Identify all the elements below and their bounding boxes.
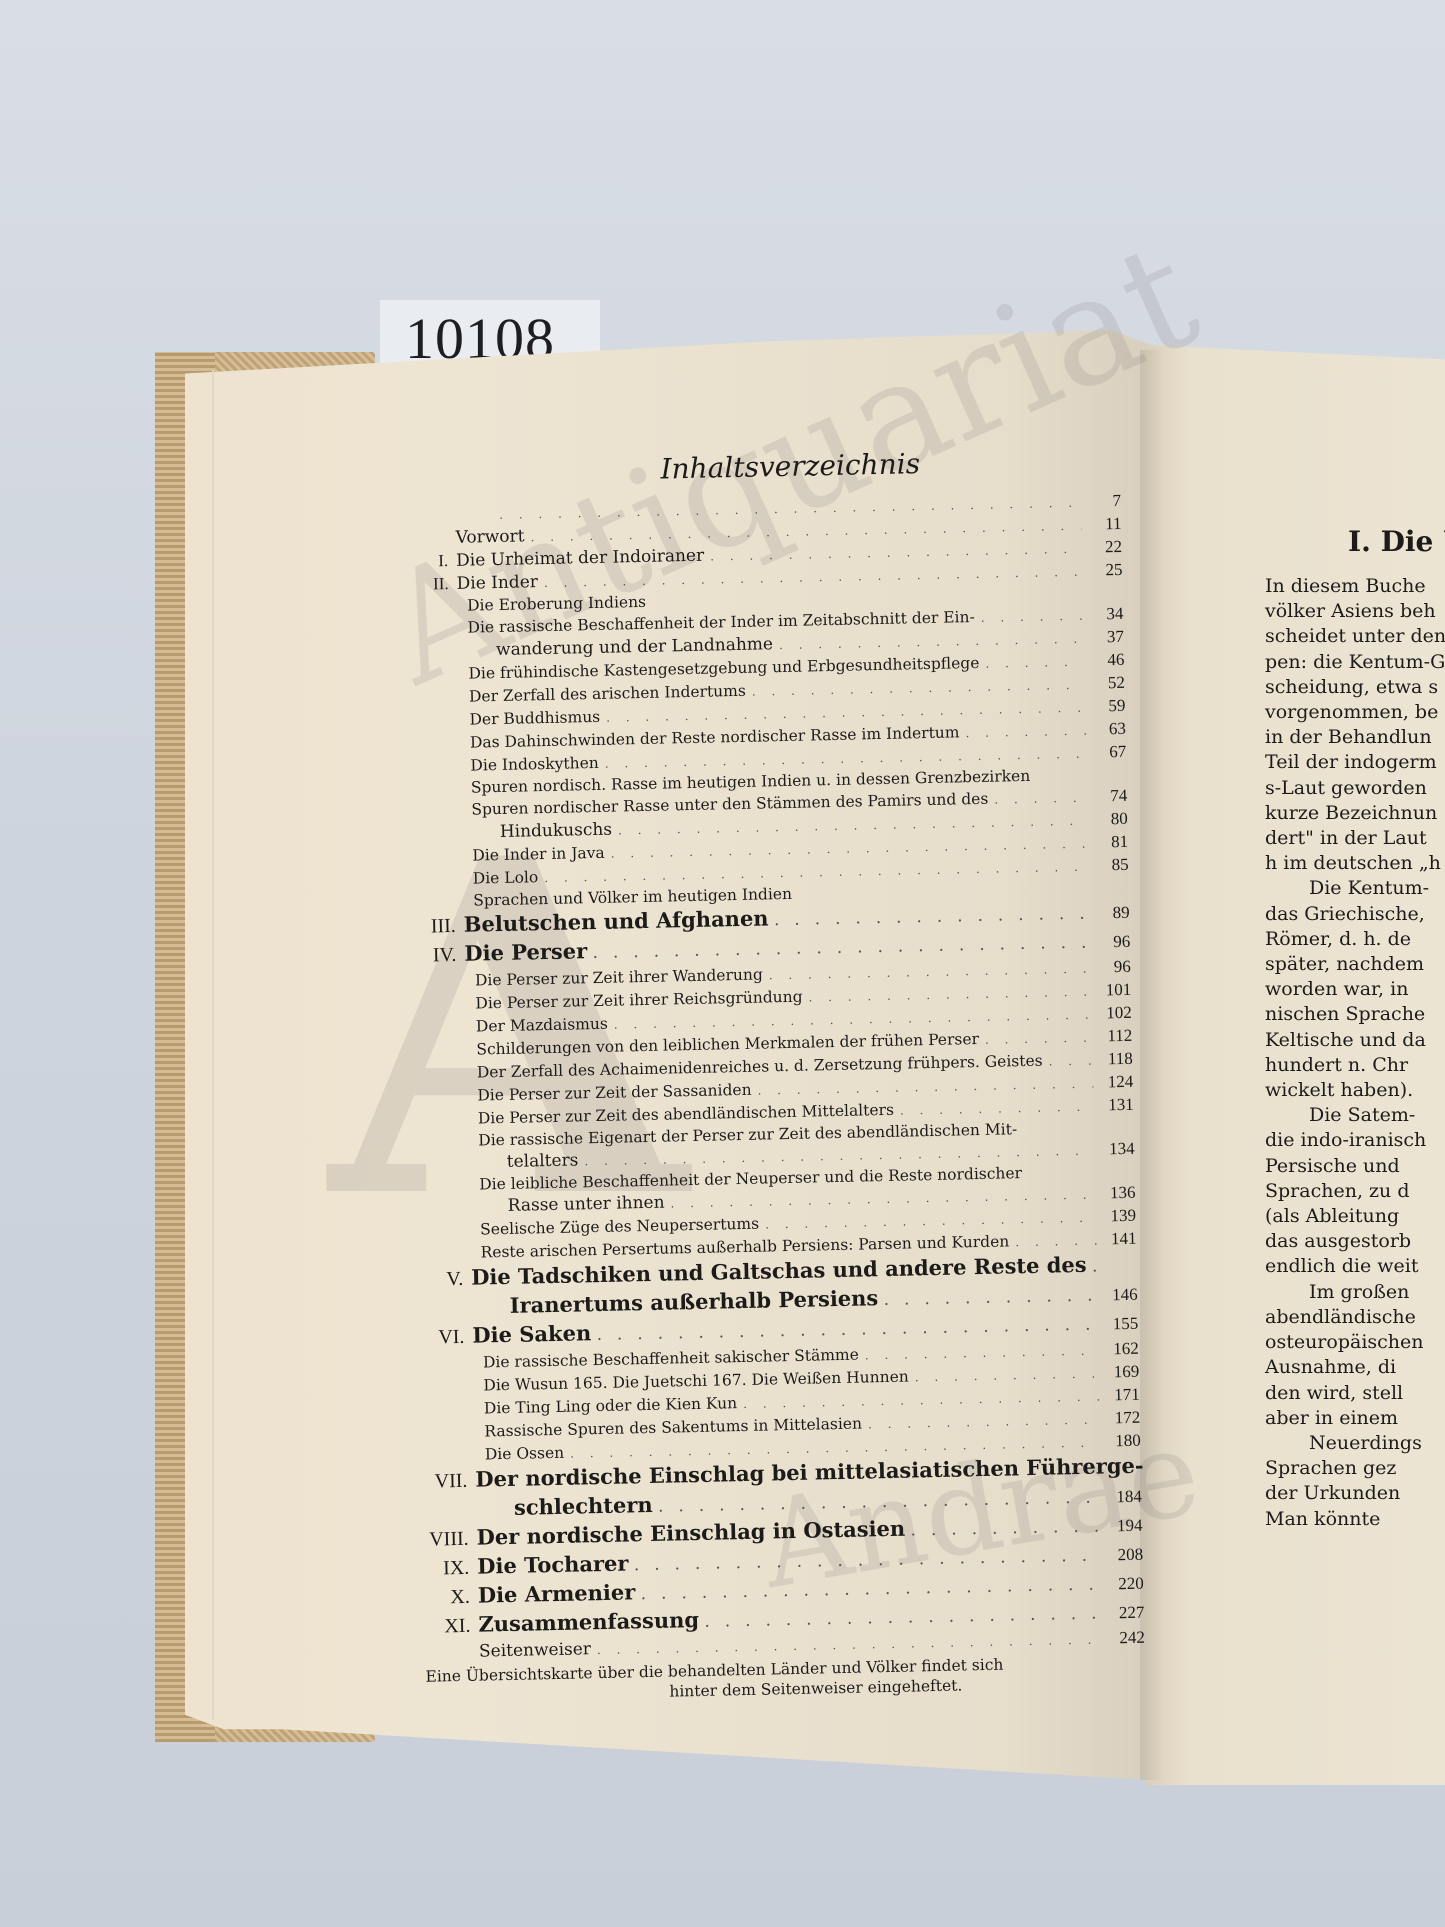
body-text-line: Teil der indogerm — [1265, 750, 1445, 775]
toc-entry-number — [404, 656, 458, 657]
toc-entry-title: telalters — [469, 1150, 579, 1173]
toc-entry-page: 194 — [1108, 1513, 1143, 1540]
toc-entry-number — [413, 1078, 467, 1079]
toc-entry-number — [406, 748, 460, 749]
toc-leader-dots — [981, 606, 1084, 629]
body-text-line: die indo-iranisch — [1265, 1128, 1445, 1153]
body-text-line: Man könnte — [1265, 1507, 1445, 1532]
body-text-line: das ausgestorb — [1265, 1229, 1445, 1254]
body-text-line: scheidet unter den — [1265, 624, 1445, 649]
toc-entry-page: 80 — [1093, 808, 1127, 830]
toc-entry-number: VII. — [421, 1468, 476, 1495]
toc-entry-number — [415, 1168, 469, 1169]
toc-leader-dots — [965, 721, 1086, 745]
toc-entry-title: Der Mazdaismus — [466, 1014, 608, 1038]
book-gutter-shadow — [1140, 350, 1164, 1780]
toc-entry-number — [414, 1146, 468, 1147]
toc-entry-number — [408, 838, 462, 839]
toc-entry-title: Zusammenfassung — [478, 1607, 699, 1638]
toc-entry-number — [425, 1657, 479, 1658]
toc-entry-title: Die Perser — [464, 938, 587, 967]
toc-entry-page — [1093, 779, 1127, 780]
body-text-line: pen: die Kentum-G — [1265, 650, 1445, 675]
toc-entry-number — [407, 771, 461, 772]
toc-entry-page — [1095, 892, 1129, 893]
toc-entry-page: 46 — [1090, 649, 1124, 671]
table-of-contents: Inhaltsverzeichnis 7Vorwort11I.Die Urhei… — [400, 443, 1146, 1707]
toc-entry-number — [419, 1368, 473, 1369]
toc-entry-page: 169 — [1105, 1361, 1139, 1383]
toc-entry-title: Die Ossen — [475, 1443, 565, 1466]
body-text-line: der Urkunden — [1265, 1481, 1445, 1506]
chapter-heading: I. Die U — [1348, 525, 1445, 558]
toc-entry-page: 139 — [1102, 1205, 1136, 1227]
toc-entry-number: IV. — [410, 942, 465, 969]
toc-entry-page: 74 — [1093, 785, 1127, 807]
toc-entry-number — [407, 815, 461, 816]
toc-entry-page: 220 — [1109, 1571, 1144, 1598]
body-text-line: (als Ableitung — [1265, 1204, 1445, 1229]
toc-entry-number — [407, 793, 461, 794]
toc-leader-dots — [994, 788, 1087, 811]
body-text-line: Ausnahme, di — [1265, 1355, 1445, 1380]
body-text-line: aber in einem — [1265, 1406, 1445, 1431]
toc-entries: 7Vorwort11I.Die Urheimat der Indoiraner2… — [401, 490, 1145, 1665]
toc-entry-page: 101 — [1097, 979, 1131, 1001]
toc-entry-page: 11 — [1087, 513, 1121, 535]
body-text-line: kurze Bezeichnun — [1265, 801, 1445, 826]
toc-entry-number — [401, 520, 455, 521]
toc-entry-number: XI. — [424, 1613, 479, 1640]
toc-entry-page: 227 — [1110, 1600, 1145, 1627]
toc-entry-number: VI. — [418, 1324, 473, 1351]
toc-leader-dots — [911, 1515, 1103, 1545]
page-edge — [212, 370, 294, 1720]
toc-entry-title: Die Inder — [456, 572, 538, 595]
toc-entry-page — [1100, 1132, 1134, 1133]
toc-entry-number: III. — [410, 913, 465, 940]
toc-entry-number — [421, 1460, 475, 1461]
toc-leader-dots — [1028, 1177, 1095, 1178]
toc-entry-page: 102 — [1098, 1002, 1132, 1024]
toc-entry-number: VIII. — [422, 1526, 477, 1553]
body-text-line: später, nachdem — [1265, 952, 1445, 977]
toc-entry-number — [405, 679, 459, 680]
toc-entry-title: Seitenweiser — [479, 1639, 591, 1662]
body-text-line: Sprachen gez — [1265, 1456, 1445, 1481]
toc-entry-page — [1101, 1176, 1135, 1177]
toc-entry-page: 118 — [1099, 1048, 1133, 1070]
toc-entry-title: Vorwort — [455, 526, 524, 548]
toc-entry-page — [1089, 597, 1123, 598]
toc-entry-page: 171 — [1106, 1384, 1140, 1406]
toc-leader-dots — [1015, 1231, 1097, 1254]
toc-entry-number: II. — [402, 573, 456, 595]
toc-entry-number — [416, 1235, 470, 1236]
toc-entry-number: I. — [402, 550, 456, 572]
toc-entry-number — [408, 861, 462, 862]
toc-entry-title: Die Indoskythen — [460, 753, 599, 777]
toc-entry-page — [1103, 1271, 1137, 1272]
body-text-line: worden war, in — [1265, 977, 1445, 1002]
toc-leader-dots — [798, 893, 1089, 899]
toc-entry-number — [404, 633, 458, 634]
toc-entry-title: Die Armenier — [478, 1579, 636, 1608]
toc-leader-dots — [1092, 1255, 1097, 1281]
toc-entry-page: 136 — [1101, 1182, 1135, 1204]
toc-entry-page: 134 — [1100, 1138, 1134, 1160]
body-text-line: scheidung, etwa s — [1265, 675, 1445, 700]
toc-entry-number — [409, 884, 463, 885]
toc-leader-dots — [985, 652, 1084, 675]
toc-entry-number — [420, 1391, 474, 1392]
toc-entry-page: 63 — [1092, 718, 1126, 740]
toc-entry-title: Die Tocharer — [477, 1550, 629, 1579]
toc-entry-page: 7 — [1087, 490, 1121, 512]
body-text-line: das Griechische, — [1265, 902, 1445, 927]
body-text-line: h im deutschen „h — [1265, 851, 1445, 876]
body-text-line: Persische und — [1265, 1154, 1445, 1179]
toc-entry-title — [455, 519, 493, 520]
toc-entry-page: 67 — [1092, 741, 1126, 763]
toc-entry-page: 81 — [1094, 831, 1128, 853]
toc-entry-page: 37 — [1090, 626, 1124, 648]
toc-entry-page: 162 — [1105, 1338, 1139, 1360]
toc-entry-page: 112 — [1098, 1025, 1132, 1047]
body-text-line: dert" in der Laut — [1265, 826, 1445, 851]
toc-entry-title: Die Saken — [472, 1320, 591, 1348]
body-text-line: in der Behandlun — [1265, 725, 1445, 750]
body-text-line: osteuropäischen — [1265, 1330, 1445, 1355]
toc-entry-number — [416, 1212, 470, 1213]
toc-entry-page: 85 — [1094, 854, 1128, 876]
toc-entry-number — [403, 611, 457, 612]
toc-entry-number — [421, 1437, 475, 1438]
body-text-line: In diesem Buche — [1265, 574, 1445, 599]
body-text-line: völker Asiens beh — [1265, 599, 1445, 624]
toc-entry-page: 25 — [1088, 559, 1122, 581]
toc-leader-dots — [1023, 1133, 1094, 1134]
toc-entry-page: 89 — [1095, 900, 1130, 927]
body-text-line: Sprachen, zu d — [1265, 1179, 1445, 1204]
body-text-line: abendländische — [1265, 1305, 1445, 1330]
toc-entry-number — [417, 1258, 471, 1259]
body-text-line: Im großen — [1265, 1280, 1445, 1305]
body-text-line: nischen Sprache — [1265, 1002, 1445, 1027]
toc-entry-title: Hindukuschs — [462, 820, 613, 844]
body-text-line: den wird, stell — [1265, 1381, 1445, 1406]
toc-entry-number — [411, 986, 465, 987]
body-text-line: Keltische und da — [1265, 1028, 1445, 1053]
toc-entry-number — [413, 1101, 467, 1102]
toc-entry-page: 96 — [1097, 956, 1131, 978]
toc-entry-number — [412, 1032, 466, 1033]
toc-entry-title: schlechtern — [476, 1492, 653, 1522]
toc-entry-number — [406, 725, 460, 726]
toc-leader-dots — [915, 1364, 1100, 1389]
toc-entry-title: Die Eroberung Indiens — [457, 592, 646, 617]
toc-entry-number — [422, 1516, 476, 1517]
toc-entry-title: Der Buddhismus — [459, 707, 600, 731]
toc-entry-title: Rasse unter ihnen — [469, 1193, 664, 1218]
toc-entry-number: IX. — [423, 1555, 478, 1582]
body-text-line: Neuerdings — [1265, 1431, 1445, 1456]
body-text-line: Die Satem- — [1265, 1103, 1445, 1128]
toc-entry-page: 22 — [1088, 536, 1122, 558]
body-text: In diesem Buchevölker Asiens behscheidet… — [1265, 574, 1445, 1532]
toc-entry-page: 184 — [1108, 1484, 1143, 1511]
toc-entry-number: X. — [424, 1584, 479, 1611]
toc-leader-dots — [985, 1028, 1093, 1051]
toc-entry-page: 208 — [1109, 1542, 1144, 1569]
toc-entry-page: 172 — [1106, 1407, 1140, 1429]
toc-entry-page: 59 — [1091, 695, 1125, 717]
toc-entry-page: 52 — [1091, 672, 1125, 694]
toc-entry-number — [413, 1055, 467, 1056]
toc-entry-page: 34 — [1089, 603, 1123, 625]
toc-entry-number: V. — [417, 1266, 472, 1293]
toc-entry-page: 180 — [1107, 1430, 1141, 1452]
toc-entry-page: 124 — [1099, 1071, 1133, 1093]
toc-leader-dots — [1048, 1051, 1093, 1073]
toc-entry-number — [418, 1314, 472, 1315]
toc-entry-page: 155 — [1104, 1311, 1139, 1338]
toc-entry-number — [415, 1190, 469, 1191]
toc-entry-page: 242 — [1111, 1627, 1145, 1649]
toc-entry-number — [409, 906, 463, 907]
body-text-line: endlich die weit — [1265, 1254, 1445, 1279]
toc-entry-number — [402, 543, 456, 544]
body-text-line: Römer, d. h. de — [1265, 927, 1445, 952]
toc-entry-page: 96 — [1096, 929, 1131, 956]
body-text-line: hundert n. Chr — [1265, 1053, 1445, 1078]
toc-entry-title: Die Lolo — [463, 867, 539, 890]
body-text-line: wickelt haben). — [1265, 1078, 1445, 1103]
toc-entry-number — [405, 702, 459, 703]
toc-leader-dots — [884, 1284, 1098, 1314]
body-text-line: Die Kentum- — [1265, 876, 1445, 901]
body-text-line: vorgenommen, be — [1265, 700, 1445, 725]
toc-entry-page: 146 — [1103, 1282, 1138, 1309]
toc-entry-number — [412, 1009, 466, 1010]
toc-entry-title: Die Inder in Java — [462, 843, 605, 867]
toc-leader-dots — [900, 1097, 1094, 1122]
toc-entry-title: Belutschen und Afghanen — [464, 905, 769, 937]
toc-entry-page: 131 — [1099, 1094, 1133, 1116]
toc-entry-page: 141 — [1102, 1228, 1136, 1250]
toc-entry-number — [420, 1414, 474, 1415]
toc-entry-number — [414, 1124, 468, 1125]
toc-leader-dots — [1036, 780, 1087, 781]
body-text-line: s-Laut geworden — [1265, 776, 1445, 801]
